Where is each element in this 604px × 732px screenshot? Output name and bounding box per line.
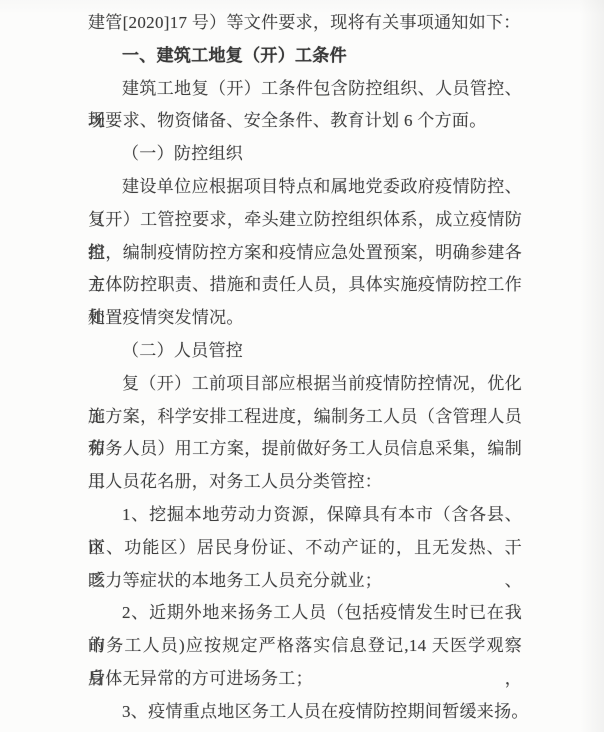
text-line: 一、建筑工地复（开）工条件 [88, 40, 522, 73]
document-body: 建管[2020]17 号）等文件要求，现将有关事项通知如下：一、建筑工地复（开）… [88, 7, 522, 729]
text-line: 建设单位应根据项目特点和属地党委政府疫情防控、复 [88, 171, 522, 204]
text-line: 区、功能区）居民身份证、不动产证的，且无发热、干咳、 [88, 532, 522, 565]
text-line: 复（开）工前项目部应根据当前疫情防控情况，优化施 [88, 368, 522, 401]
document-page: 建管[2020]17 号）等文件要求，现将有关事项通知如下：一、建筑工地复（开）… [0, 0, 604, 732]
text-line: 劳务人员）用工方案，提前做好务工人员信息采集，编制用 [88, 433, 522, 466]
text-line: 工人员花名册，对务工人员分类管控： [88, 466, 522, 499]
text-line: 建管[2020]17 号）等文件要求，现将有关事项通知如下： [88, 7, 522, 40]
text-line: 的务工人员)应按规定严格落实信息登记,14 天医学观察后， [88, 630, 522, 663]
text-line: 主体防控职责、措施和责任人员，具体实施疫情防控工作和 [88, 269, 522, 302]
text-line: 2、近期外地来扬务工人员（包括疫情发生时已在我市 [88, 597, 522, 630]
text-line: 处置疫情突发情况。 [88, 302, 522, 335]
text-line: （开）工管控要求，牵头建立防控组织体系，成立疫情防控 [88, 204, 522, 237]
text-line: 组，编制疫情防控方案和疫情应急处置预案，明确参建各方 [88, 237, 522, 270]
text-line: 工方案，科学安排工程进度，编制务工人员（含管理人员和 [88, 401, 522, 434]
text-line: （二）人员管控 [88, 335, 522, 368]
text-line: 建筑工地复（开）工条件包含防控组织、人员管控、现 [88, 73, 522, 106]
text-line: 场要求、物资储备、安全条件、教育计划 6 个方面。 [88, 105, 522, 138]
text-line: 3、疫情重点地区务工人员在疫情防控期间暂缓来扬。 [88, 696, 522, 729]
text-line: 1、挖掘本地劳动力资源，保障具有本市（含各县、市、 [88, 499, 522, 532]
text-line: （一）防控组织 [88, 138, 522, 171]
